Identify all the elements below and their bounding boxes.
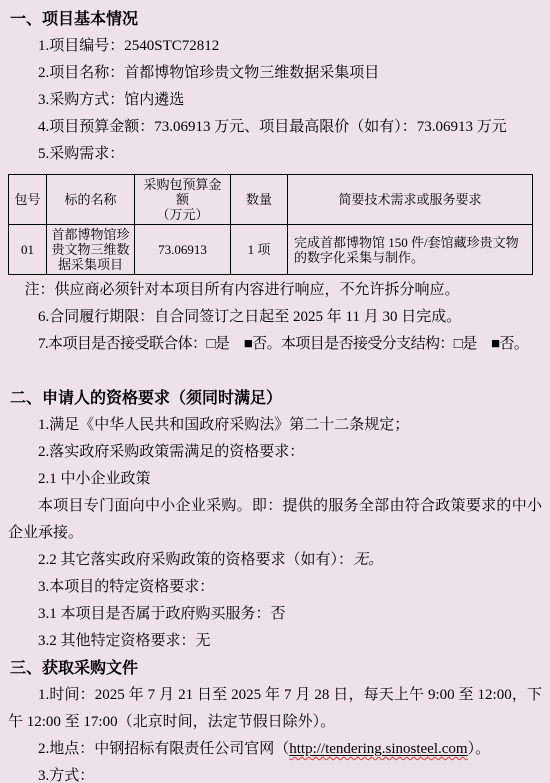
- para-other-specific-requirement: 3.2 其他特定资格要求：无: [8, 628, 542, 655]
- heading-qualification-requirements: 二、申请人的资格要求（须同时满足）: [8, 385, 542, 412]
- cell-subject-name: 首都博物馆珍贵文物三维数据采集项目: [47, 225, 135, 275]
- table-header-row: 包号 标的名称 采购包预算金额 （万元） 数量 简要技术需求或服务要求: [9, 175, 533, 225]
- para-gov-purchase-service: 3.1 本项目是否属于政府购买服务：否: [8, 601, 542, 628]
- para-obtain-method: 3.方式：: [8, 763, 542, 783]
- col-quantity: 数量: [231, 175, 288, 225]
- para-project-budget: 4.项目预算金额：73.06913 万元、项目最高限价（如有）：73.06913…: [8, 114, 542, 141]
- para-sme-policy-title: 2.1 中小企业政策: [8, 466, 542, 493]
- table-note: 注：供应商必须针对本项目所有内容进行响应，不允许拆分响应。: [8, 277, 542, 304]
- col-package-no: 包号: [9, 175, 47, 225]
- para-consortium-checkboxes: 7.本项目是否接受联合体：□是 ■否。本项目是否接受分支结构：□是 ■否。: [8, 331, 542, 358]
- cell-requirements: 完成首都博物馆 150 件/套馆藏珍贵文物的数字化采集与制作。: [288, 225, 533, 275]
- cell-budget: 73.06913: [135, 225, 231, 275]
- para-sme-policy-body: 本项目专门面向中小企业采购。即：提供的服务全部由符合政策要求的中小企业承接。: [8, 493, 542, 547]
- para-project-number: 1.项目编号：2540STC72812: [8, 33, 542, 60]
- other-policy-label: 2.2 其它落实政府采购政策的资格要求（如有）：: [38, 552, 353, 568]
- procurement-table: 包号 标的名称 采购包预算金额 （万元） 数量 简要技术需求或服务要求 01 首…: [8, 174, 533, 275]
- para-law-requirement: 1.满足《中华人民共和国政府采购法》第二十二条规定；: [8, 412, 542, 439]
- para-obtain-time: 1.时间：2025 年 7 月 21 日至 2025 年 7 月 28 日，每天…: [8, 682, 542, 736]
- tendering-website-link[interactable]: http://tendering.sinosteel.com: [289, 741, 467, 757]
- col-requirements: 简要技术需求或服务要求: [288, 175, 533, 225]
- document-page: 一、项目基本情况 1.项目编号：2540STC72812 2.项目名称：首都博物…: [0, 0, 550, 783]
- location-prefix: 2.地点：中钢招标有限责任公司官网（: [38, 741, 289, 757]
- para-specific-requirement: 3.本项目的特定资格要求：: [8, 574, 542, 601]
- col-budget: 采购包预算金额 （万元）: [135, 175, 231, 225]
- para-other-policy: 2.2 其它落实政府采购政策的资格要求（如有）：无。: [8, 547, 542, 574]
- para-contract-term: 6.合同履行期限：自合同签订之日起至 2025 年 11 月 30 日完成。: [8, 304, 542, 331]
- heading-project-overview: 一、项目基本情况: [8, 6, 542, 33]
- para-procurement-demand: 5.采购需求：: [8, 141, 542, 168]
- para-obtain-location: 2.地点：中钢招标有限责任公司官网（http://tendering.sinos…: [8, 736, 542, 763]
- para-policy-requirement: 2.落实政府采购政策需满足的资格要求：: [8, 439, 542, 466]
- para-project-name: 2.项目名称：首都博物馆珍贵文物三维数据采集项目: [8, 60, 542, 87]
- para-procurement-method: 3.采购方式：馆内遴选: [8, 87, 542, 114]
- cell-quantity: 1 项: [231, 225, 288, 275]
- other-policy-value: 无。: [353, 552, 383, 568]
- col-subject-name: 标的名称: [47, 175, 135, 225]
- tendering-website-url[interactable]: http://tendering.sinosteel.com: [289, 741, 467, 757]
- table-row: 01 首都博物馆珍贵文物三维数据采集项目 73.06913 1 项 完成首都博物…: [9, 225, 533, 275]
- heading-obtain-documents: 三、获取采购文件: [8, 655, 542, 682]
- cell-package-no: 01: [9, 225, 47, 275]
- location-suffix: ）。: [468, 741, 491, 757]
